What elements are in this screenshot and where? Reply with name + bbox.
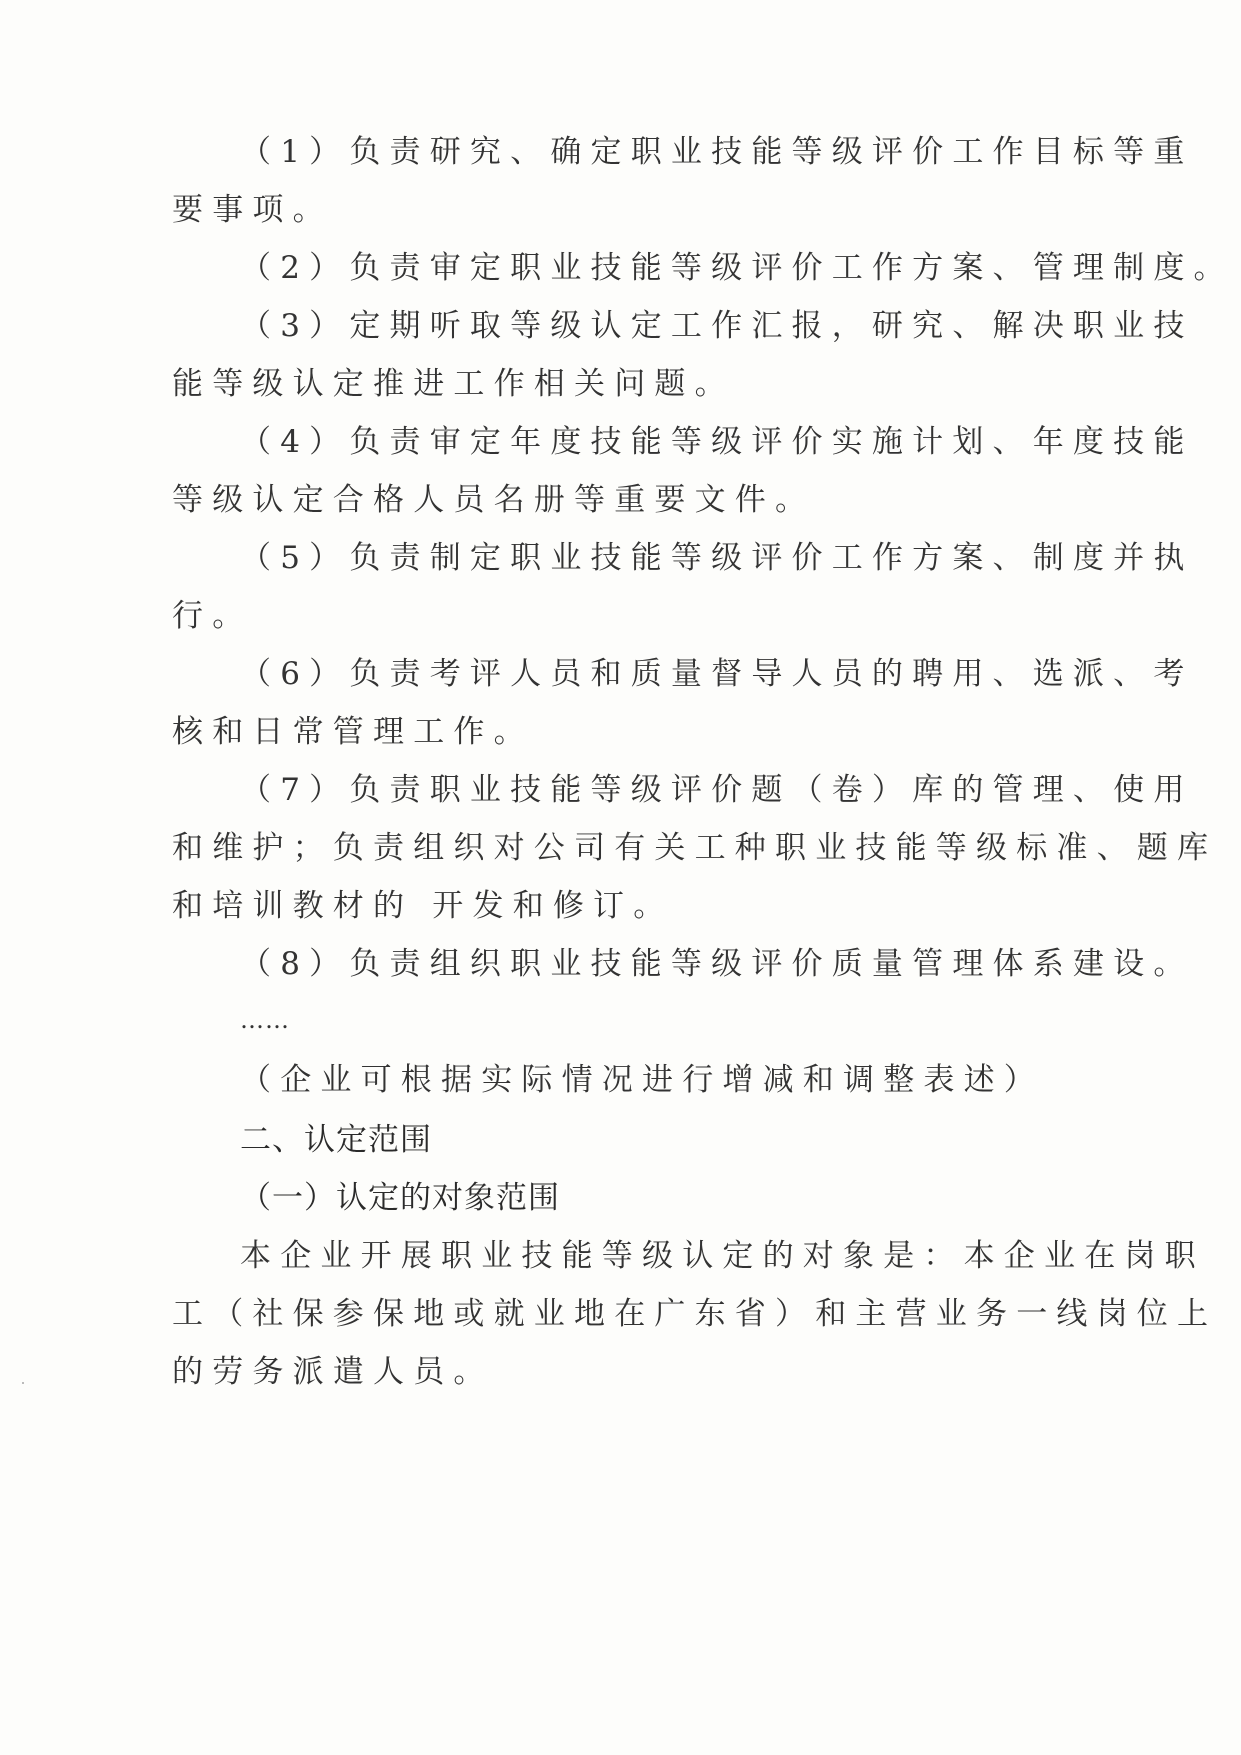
item-5-line-2: 行。 xyxy=(172,596,952,636)
body-paragraph-line-1: 本企业开展职业技能等级认定的对象是：本企业在岗职 xyxy=(240,1236,1020,1276)
item-7-line-2: 和维护；负责组织对公司有关工种职业技能等级标准、题库 xyxy=(172,828,952,868)
item-7-line-1: （7）负责职业技能等级评价题（卷）库的管理、使用 xyxy=(240,770,1020,810)
body-paragraph-line-2: 工（社保参保地或就业地在广东省）和主营业务一线岗位上 xyxy=(172,1294,952,1334)
item-6-line-2: 核和日常管理工作。 xyxy=(172,712,952,752)
item-2-line-1: （2）负责审定职业技能等级评价工作方案、管理制度。 xyxy=(240,248,1020,288)
body-paragraph-line-3: 的劳务派遣人员。 xyxy=(172,1352,952,1392)
item-4-line-2: 等级认定合格人员名册等重要文件。 xyxy=(172,480,952,520)
item-3-line-2: 能等级认定推进工作相关问题。 xyxy=(172,364,952,404)
item-4-line-1: （4）负责审定年度技能等级评价实施计划、年度技能 xyxy=(240,422,1020,462)
subsection-heading: （一）认定的对象范围 xyxy=(240,1178,1020,1218)
item-6-line-1: （6）负责考评人员和质量督导人员的聘用、选派、考 xyxy=(240,654,1020,694)
item-8-line-1: （8）负责组织职业技能等级评价质量管理体系建设。 xyxy=(240,944,1020,984)
scan-speck xyxy=(22,1382,24,1384)
item-1-line-2: 要事项。 xyxy=(172,190,952,230)
section-heading: 二、认定范围 xyxy=(240,1120,1020,1160)
item-5-line-1: （5）负责制定职业技能等级评价工作方案、制度并执 xyxy=(240,538,1020,578)
item-7-line-3: 和培训教材的 开发和修订。 xyxy=(172,886,952,926)
document-page: （1）负责研究、确定职业技能等级评价工作目标等重 要事项。 （2）负责审定职业技… xyxy=(0,0,1241,1755)
adjustment-note: （企业可根据实际情况进行增减和调整表述） xyxy=(240,1060,1020,1100)
ellipsis: …… xyxy=(240,1000,1020,1040)
item-3-line-1: （3）定期听取等级认定工作汇报，研究、解决职业技 xyxy=(240,306,1020,346)
item-1-line-1: （1）负责研究、确定职业技能等级评价工作目标等重 xyxy=(240,132,1020,172)
